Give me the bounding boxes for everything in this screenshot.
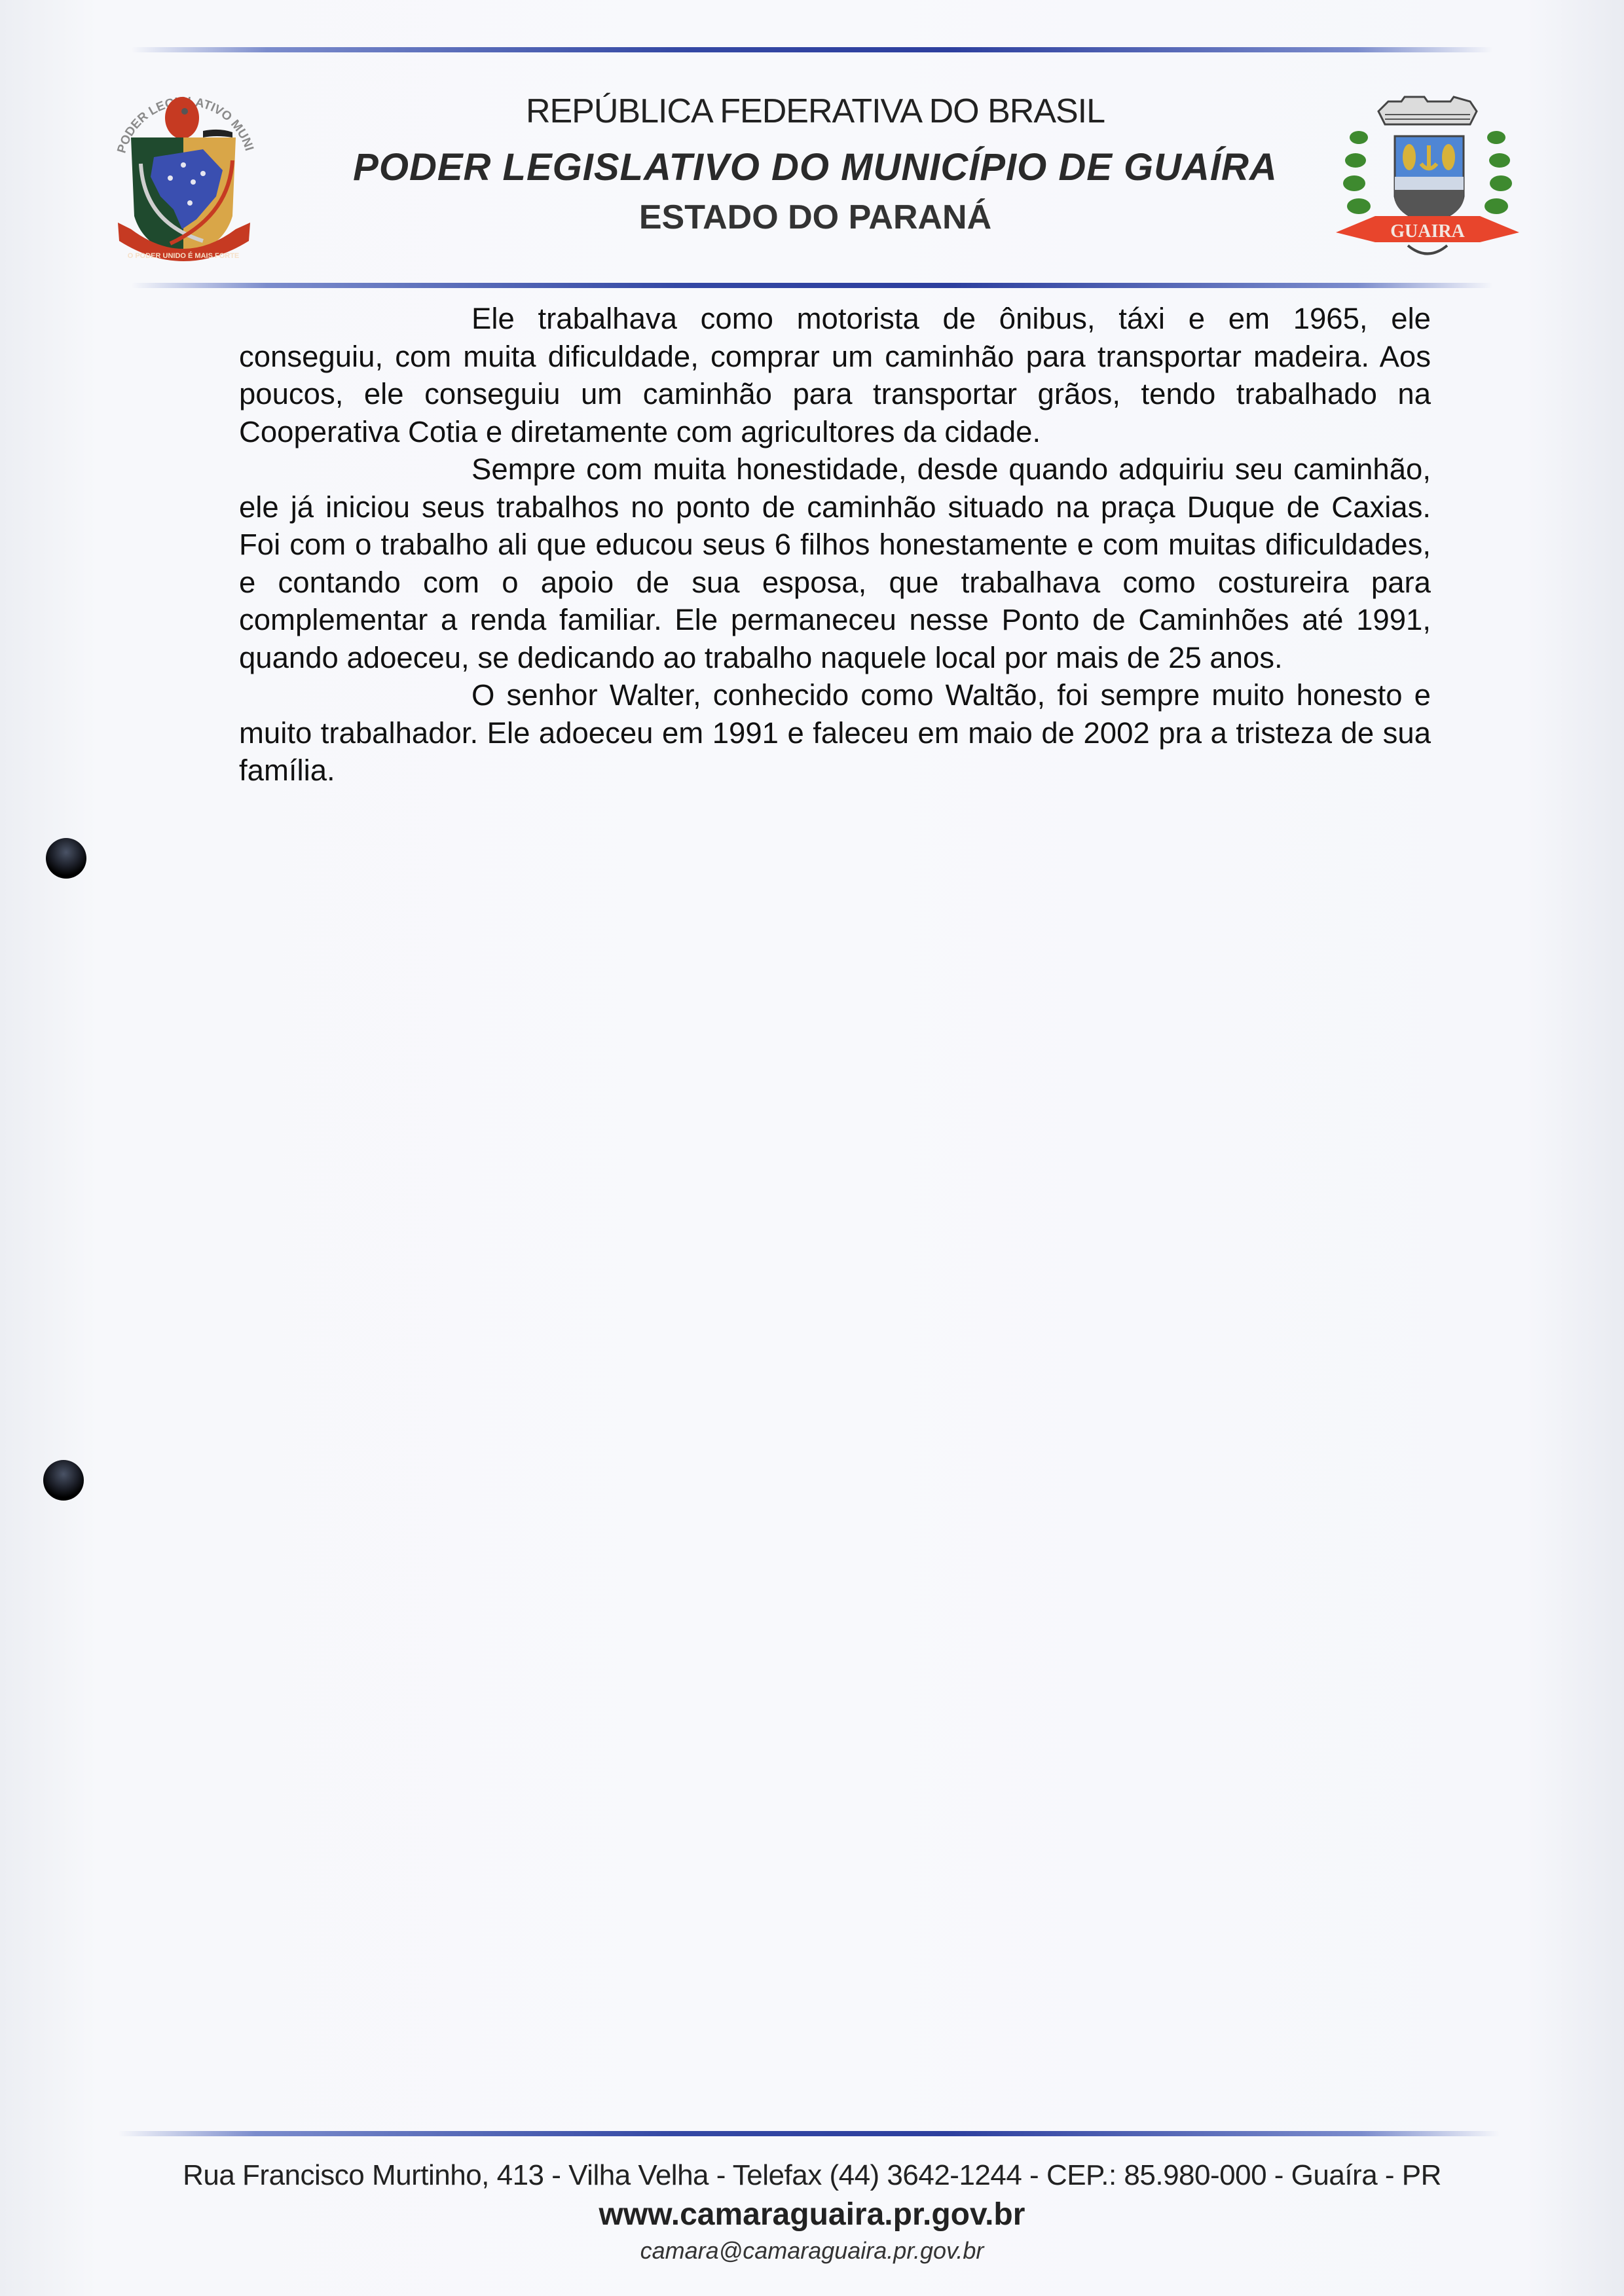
paragraph-1: Ele trabalhava como motorista de ônibus,… xyxy=(239,300,1431,450)
footer-address: Rua Francisco Murtinho, 413 - Vilha Velh… xyxy=(65,2159,1559,2192)
document-body: Ele trabalhava como motorista de ônibus,… xyxy=(239,300,1431,790)
punch-hole-icon xyxy=(46,838,86,879)
header-bottom-rule xyxy=(131,283,1493,288)
legislative-coat-of-arms-icon: PODER LEGISLATIVO MUNICIPAL O PODER UNID… xyxy=(105,72,262,275)
footer-website-link[interactable]: www.camaraguaira.pr.gov.br xyxy=(65,2196,1559,2232)
paragraph-3: O senhor Walter, conhecido como Waltão, … xyxy=(239,676,1431,790)
header-legislative-title: PODER LEGISLATIVO DO MUNICÍPIO DE GUAÍRA xyxy=(288,145,1342,189)
header-state: ESTADO DO PARANÁ xyxy=(288,198,1342,237)
punch-hole-icon xyxy=(43,1460,84,1501)
emblem-ribbon-text-guaira: GUAIRA xyxy=(1390,221,1465,242)
guaira-city-coat-of-arms-icon: GUAIRA xyxy=(1329,85,1526,268)
footer-email-link[interactable]: camara@camaraguaira.pr.gov.br xyxy=(65,2237,1559,2265)
paragraph-2: Sempre com muita honestidade, desde quan… xyxy=(239,450,1431,676)
header-republic: REPÚBLICA FEDERATIVA DO BRASIL xyxy=(288,92,1342,131)
footer-rule xyxy=(118,2131,1500,2136)
emblem-ribbon-text: O PODER UNIDO É MAIS FORTE xyxy=(128,251,240,260)
header-top-rule xyxy=(131,47,1493,52)
